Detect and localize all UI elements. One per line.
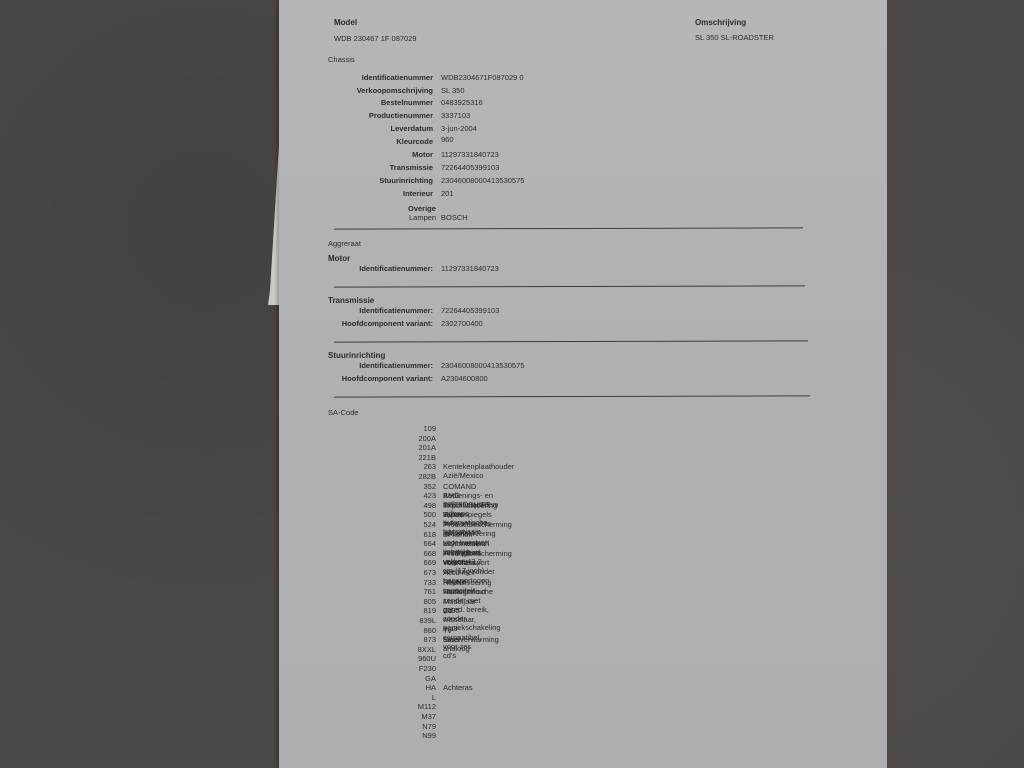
- sa-code: 839L: [396, 616, 436, 625]
- chassis-field-value: WDB2304671F087029 0: [441, 73, 524, 82]
- sa-code: N79: [396, 722, 436, 731]
- sa-code: 500: [396, 510, 436, 519]
- divider: [334, 340, 808, 342]
- sa-code: L: [396, 693, 436, 702]
- description-value: SL 350 SL-ROADSTER: [695, 33, 774, 42]
- chassis-field-value: 960: [441, 135, 454, 144]
- chassis-field-label: Identificatienummer: [283, 73, 433, 82]
- sa-code: 960U: [396, 654, 436, 663]
- sa-code: 618: [396, 530, 436, 539]
- chassis-field-value: 11297331840723: [441, 150, 499, 159]
- chassis-field-label: Productienummer: [283, 111, 433, 120]
- lamps-label: Lampen: [409, 213, 436, 222]
- lamps-value: BOSCH: [441, 213, 468, 222]
- chassis-field-value: SL 350: [441, 86, 465, 95]
- chassis-field-value: 3-jun-2004: [441, 124, 477, 133]
- other-label: Overige: [408, 204, 436, 213]
- chassis-field-label: Interieur: [283, 189, 433, 198]
- transmission-variant-label: Hoofdcomponent variant:: [283, 319, 433, 328]
- sa-code: 669: [396, 558, 436, 567]
- sa-code: 873: [396, 635, 436, 644]
- sa-code: 201A: [396, 443, 436, 452]
- motor-id-value: 11297331840723: [441, 264, 499, 273]
- chassis-field-label: Motor: [283, 150, 433, 159]
- sa-code: 805: [396, 597, 436, 606]
- sa-code-description: Vouwfiets: [443, 558, 475, 567]
- chassis-field-label: Verkoopomschrijving: [283, 86, 433, 95]
- divider: [334, 395, 810, 397]
- chassis-field-label: Transmissie: [283, 163, 433, 172]
- chassis-field-value: 3337103: [441, 111, 470, 120]
- sa-code: F230: [396, 664, 436, 673]
- sa-code: 221B: [396, 453, 436, 462]
- sa-code: 733: [396, 578, 436, 587]
- sa-code: 668: [396, 549, 436, 558]
- sa-code: HA: [396, 683, 436, 692]
- chassis-field-label: Stuurinrichting: [283, 176, 433, 185]
- motor-id-label: Identificatienummer:: [283, 264, 433, 273]
- description-label: Omschrijving: [695, 18, 746, 27]
- aggregate-section-label: Aggreraat: [328, 239, 361, 248]
- model-value: WDB 230467 1F 087029: [334, 34, 417, 43]
- sa-code: 282B: [396, 472, 436, 481]
- sa-code: 423: [396, 491, 436, 500]
- steering-id-label: Identificatienummer:: [283, 361, 433, 370]
- steering-variant-value: A2304600800: [441, 374, 488, 383]
- motor-title: Motor: [328, 254, 350, 263]
- chassis-field-value: 201: [441, 189, 454, 198]
- steering-variant-label: Hoofdcomponent variant:: [283, 374, 433, 383]
- chassis-field-value: 72264405399103: [441, 163, 499, 172]
- divider: [334, 285, 805, 287]
- sa-code: 263: [396, 462, 436, 471]
- sa-code: M112: [396, 702, 436, 711]
- transmission-id-value: 72264405399103: [441, 306, 499, 315]
- sa-code: 860: [396, 626, 436, 635]
- sa-code: 664: [396, 539, 436, 548]
- sa-code: 8XXL: [396, 645, 436, 654]
- sa-code: 109: [396, 424, 436, 433]
- sa-code: GA: [396, 674, 436, 683]
- steering-title: Stuurinrichting: [328, 351, 385, 360]
- sa-code-description: Stoelverwarming: [443, 635, 499, 644]
- sa-code-description: Kentekenplaathouder Azië/Mexico: [443, 462, 514, 480]
- sa-code: 673: [396, 568, 436, 577]
- sa-code: 498: [396, 501, 436, 510]
- document-page: Model WDB 230467 1F 087029 Omschrijving …: [279, 0, 887, 768]
- steering-id-value: 23046008000413530575: [441, 361, 524, 370]
- sa-code: 352: [396, 482, 436, 491]
- chassis-field-label: Leverdatum: [283, 124, 433, 133]
- divider: [334, 227, 803, 229]
- sa-code: 200A: [396, 434, 436, 443]
- sa-code-description: Achteras: [443, 683, 473, 692]
- chassis-field-label: Kleurcode: [283, 137, 433, 146]
- sa-code: 819: [396, 606, 436, 615]
- transmission-variant-value: 2302700400: [441, 319, 483, 328]
- chassis-field-value: 23046008000413530575: [441, 176, 524, 185]
- model-label: Model: [334, 18, 357, 27]
- chassis-field-label: Bestelnummer: [283, 98, 433, 107]
- transmission-id-label: Identificatienummer:: [283, 306, 433, 315]
- chassis-section-label: Chassis: [328, 55, 355, 64]
- chassis-field-value: 0483925316: [441, 98, 483, 107]
- sa-code-section-label: SA-Code: [328, 408, 358, 417]
- sa-code: N99: [396, 731, 436, 740]
- sa-code: 761: [396, 587, 436, 596]
- sa-code: 524: [396, 520, 436, 529]
- sa-code: M37: [396, 712, 436, 721]
- transmission-title: Transmissie: [328, 296, 374, 305]
